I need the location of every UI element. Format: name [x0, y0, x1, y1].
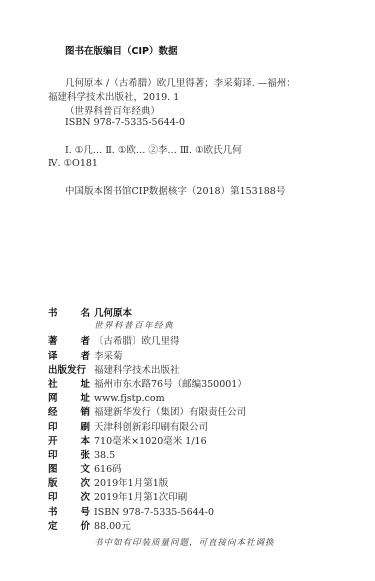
- page-count: 616码: [94, 461, 122, 475]
- imprint-row-series: 世界科普百年经典: [48, 319, 368, 333]
- label-char: 张: [80, 447, 90, 461]
- label-char: 者: [80, 333, 90, 347]
- printer: 天津科创新彩印刷有限公司: [94, 419, 208, 433]
- label-char: 书: [48, 305, 58, 319]
- imprint-row-price: 定价 88.00元: [48, 518, 368, 532]
- cip-entry-line-2: 福建科学技术出版社，2019. 1: [48, 89, 179, 103]
- printing: 2019年1月第1次印刷: [94, 489, 187, 503]
- label-char: 销: [80, 404, 90, 418]
- series-name: 世界科普百年经典: [94, 319, 174, 331]
- label-char: 号: [80, 504, 90, 518]
- label-char: 印: [48, 447, 58, 461]
- label-char: 印: [48, 489, 58, 503]
- label-char: 文: [80, 461, 90, 475]
- imprint-row-author: 著者 〔古希腊〕欧几里得: [48, 333, 368, 347]
- cip-isbn: ISBN 978-7-5335-5644-0: [65, 117, 185, 128]
- imprint-row-distributor: 经销 福建新华发行（集团）有限责任公司: [48, 404, 368, 418]
- label-char: 开: [48, 433, 58, 447]
- imprint-row-sheets: 印张 38.5: [48, 447, 368, 461]
- label-char: 社: [48, 376, 58, 390]
- imprint-row-website: 网址 www.fjstp.com: [48, 390, 368, 404]
- cip-number: 中国版本图书馆CIP数据核字（2018）第153188号: [65, 183, 285, 197]
- imprint-row-isbn: 书号 ISBN 978-7-5335-5644-0: [48, 504, 368, 518]
- edition: 2019年1月第1版: [94, 475, 168, 489]
- book-title: 几何原本: [94, 305, 132, 319]
- cip-entry-line-1: 几何原本 /（古希腊）欧几里得著；李采菊译. —福州：: [65, 75, 296, 89]
- label-char: 本: [80, 433, 90, 447]
- label-publisher: 出版发行: [48, 362, 94, 376]
- label-char: 著: [48, 333, 58, 347]
- label-char: 价: [80, 518, 90, 532]
- format: 710毫米×1020毫米 1/16: [94, 433, 207, 447]
- imprint-table: 书名 几何原本 世界科普百年经典 著者 〔古希腊〕欧几里得 译者 李采菊 出版发…: [48, 305, 368, 532]
- imprint-row-pages: 图文 616码: [48, 461, 368, 475]
- label-char: 址: [80, 390, 90, 404]
- label-char: 印: [48, 419, 58, 433]
- imprint-row-translator: 译者 李采菊: [48, 348, 368, 362]
- label-char: 书: [48, 504, 58, 518]
- publisher: 福建科学技术出版社: [94, 362, 180, 376]
- imprint-row-title: 书名 几何原本: [48, 305, 368, 319]
- label-char: 网: [48, 390, 58, 404]
- label-char: 定: [48, 518, 58, 532]
- price: 88.00元: [94, 518, 131, 532]
- label-char: 址: [80, 376, 90, 390]
- translator: 李采菊: [94, 348, 123, 362]
- label-char: 译: [48, 348, 58, 362]
- isbn: ISBN 978-7-5335-5644-0: [94, 507, 214, 518]
- address: 福州市东水路76号（邮编350001）: [94, 376, 247, 390]
- imprint-row-publisher: 出版发行 福建科学技术出版社: [48, 362, 368, 376]
- label-char: 次: [80, 489, 90, 503]
- cip-classification-line-1: Ⅰ. ①几… Ⅱ. ①欧… ②李… Ⅲ. ①欧氏几何: [65, 142, 242, 156]
- label-char: 图: [48, 461, 58, 475]
- imprint-row-edition: 版次 2019年1月第1版: [48, 475, 368, 489]
- imprint-row-address: 社址 福州市东水路76号（邮编350001）: [48, 376, 368, 390]
- imprint-row-printer: 印刷 天津科创新彩印刷有限公司: [48, 419, 368, 433]
- label-char: 名: [80, 305, 90, 319]
- label-char: 刷: [80, 419, 90, 433]
- distributor: 福建新华发行（集团）有限责任公司: [94, 404, 246, 418]
- label-char: 者: [80, 348, 90, 362]
- cip-title: 图书在版编目（CIP）数据: [65, 43, 177, 57]
- imprint-row-printing: 印次 2019年1月第1次印刷: [48, 489, 368, 503]
- website: www.fjstp.com: [94, 393, 165, 404]
- imprint-row-format: 开本 710毫米×1020毫米 1/16: [48, 433, 368, 447]
- label-char: 次: [80, 475, 90, 489]
- printed-sheets: 38.5: [94, 450, 115, 461]
- cip-classification-line-2: Ⅳ. ①O181: [48, 158, 98, 169]
- label-char: 经: [48, 404, 58, 418]
- cip-series: （世界科普百年经典）: [65, 103, 160, 117]
- label-char: 版: [48, 475, 58, 489]
- quality-note: 书中如有印装质量问题，可直接向本社调换: [94, 536, 275, 548]
- author: 〔古希腊〕欧几里得: [94, 333, 180, 347]
